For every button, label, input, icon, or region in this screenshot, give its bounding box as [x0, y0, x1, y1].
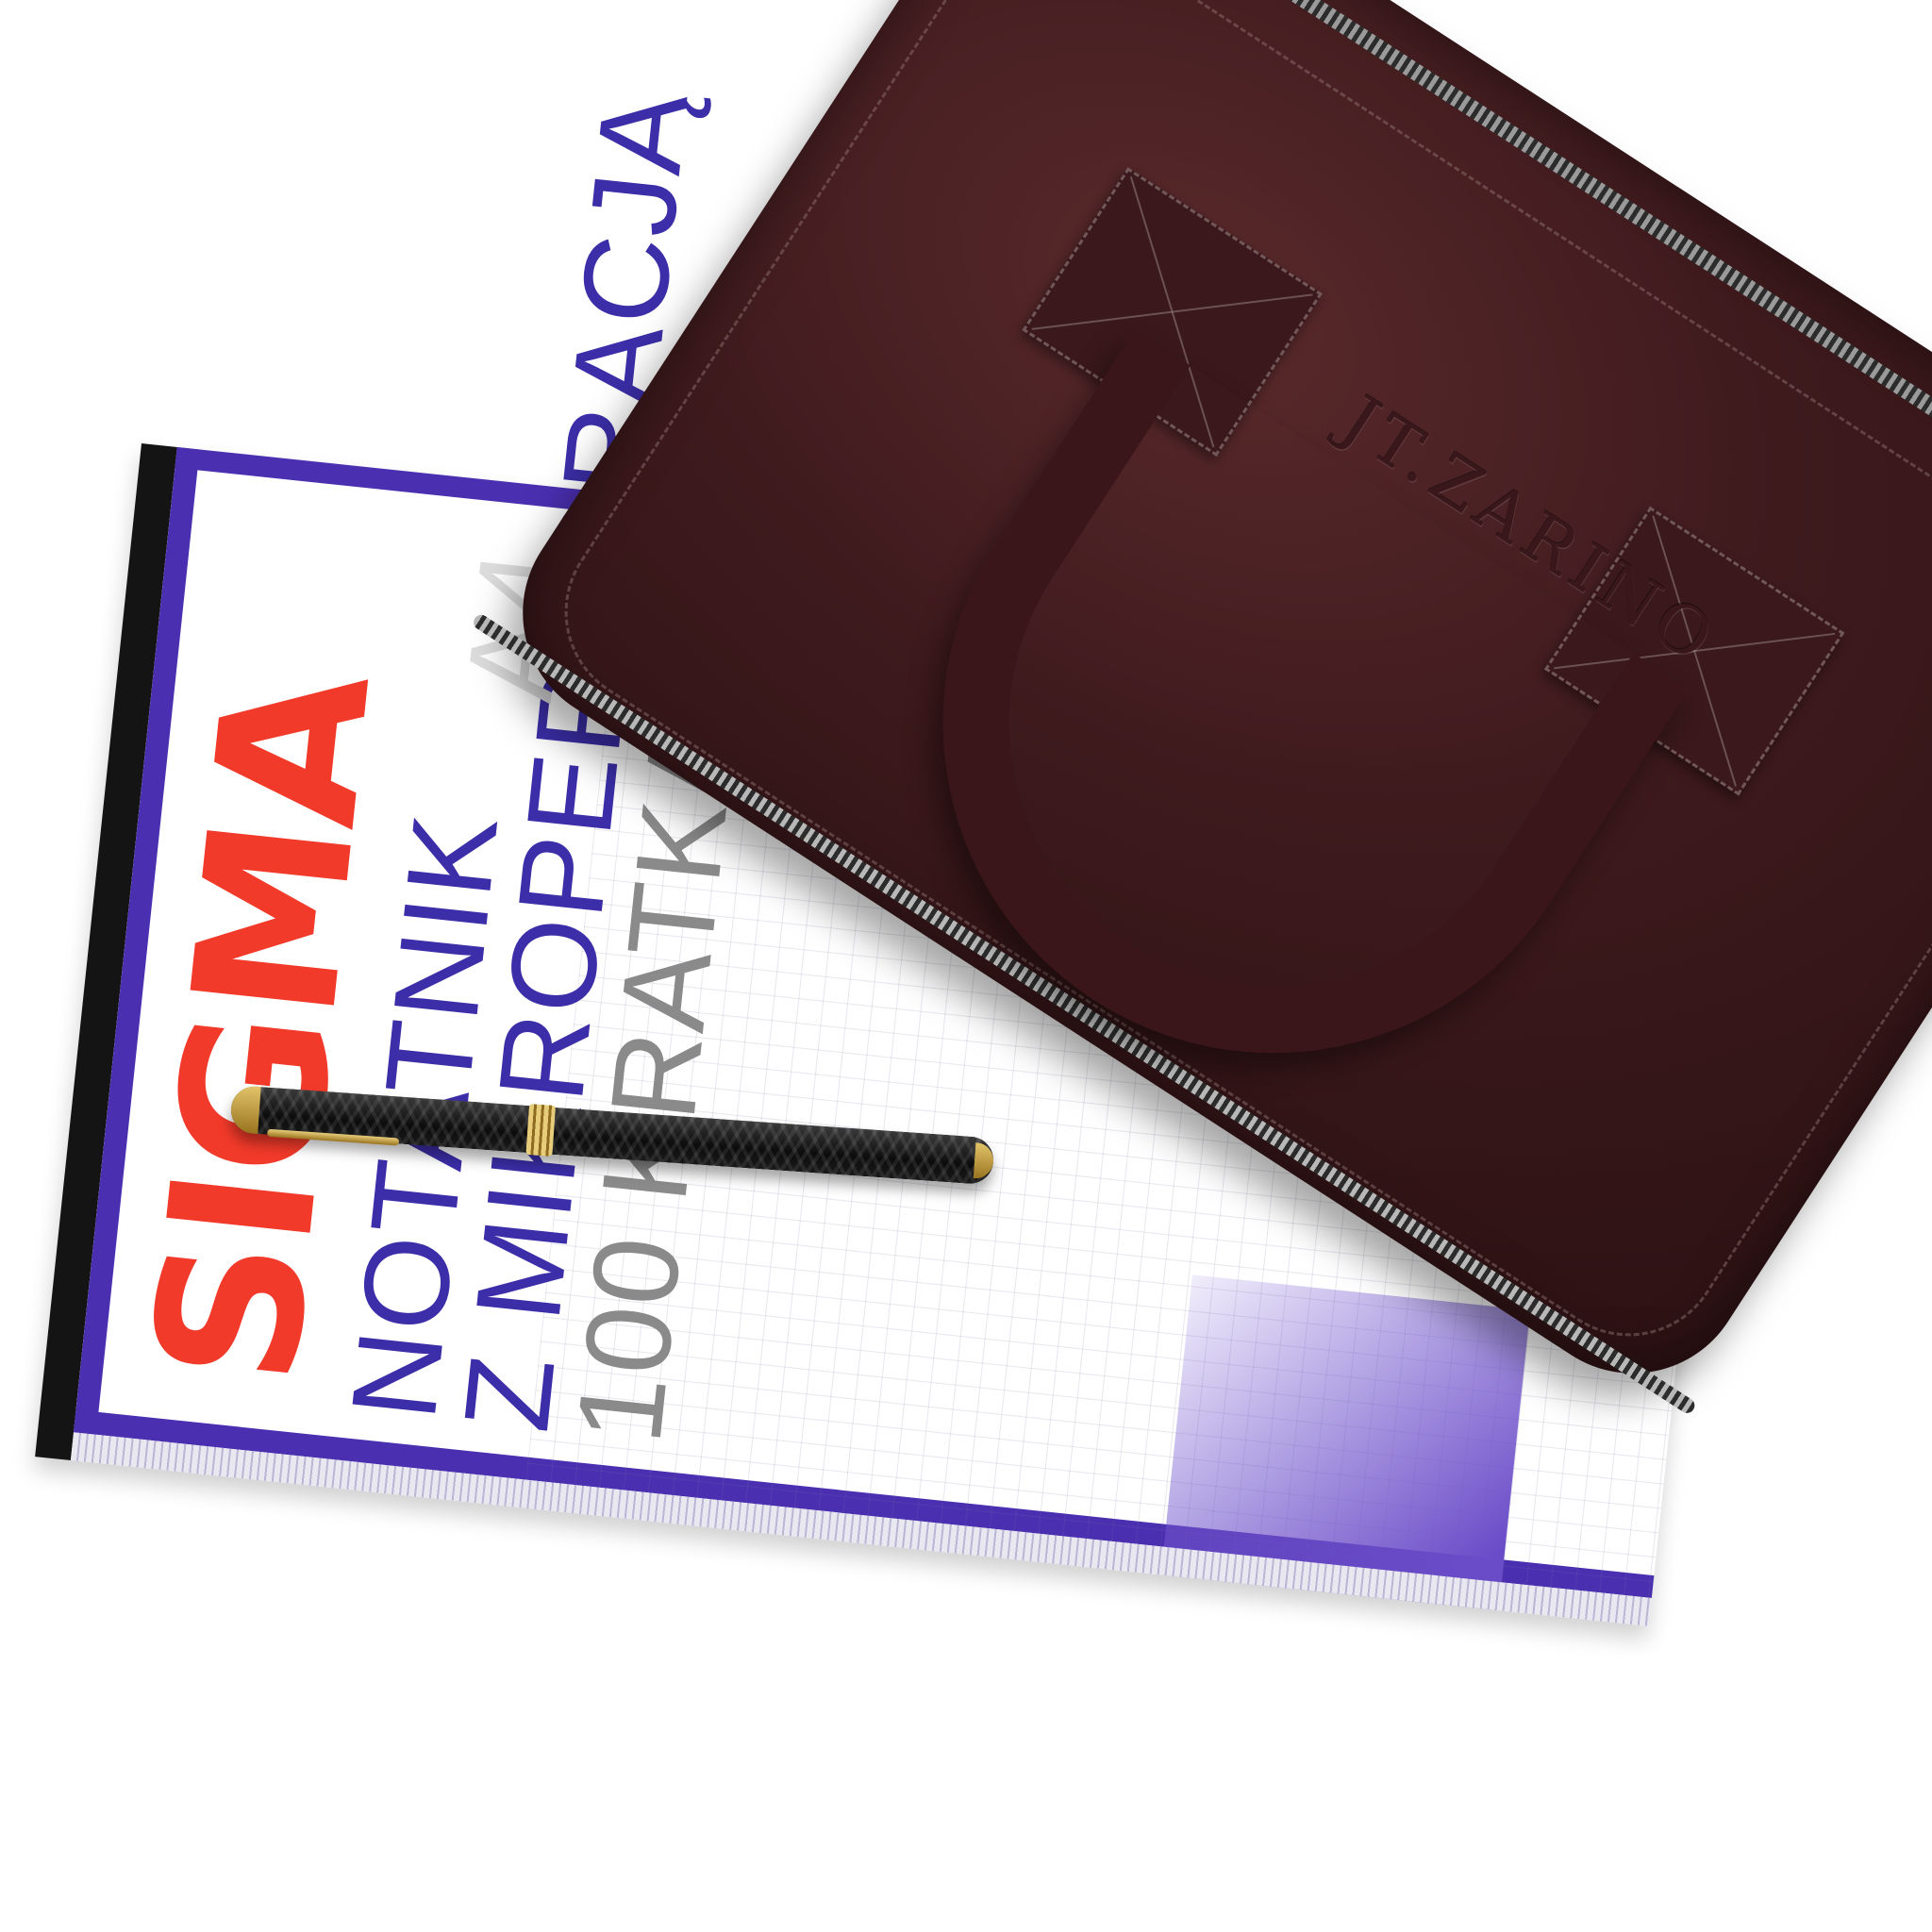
pen-gold-band [525, 1104, 556, 1157]
product-photo: SIGMA NOTATNIK Z MIKROPERFORACJĄ 100 KRA… [0, 0, 1932, 1932]
